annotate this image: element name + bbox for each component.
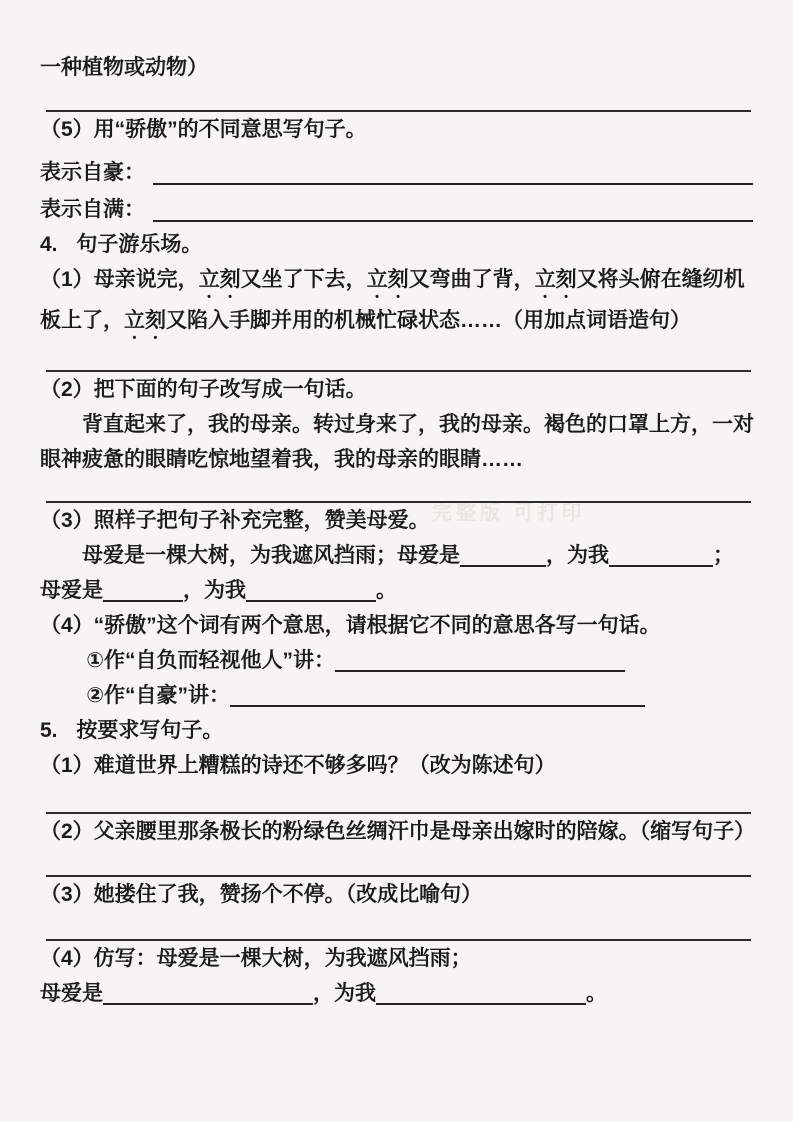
- question-5-heading: 5.按要求写句子。: [40, 713, 755, 748]
- answer-blank: [609, 553, 713, 567]
- question-5-2: （2）父亲腰里那条极长的粉绿色丝绸汗巾是母亲出嫁时的陪嫁。（缩写句子）: [40, 814, 755, 849]
- emphasized-word: 立刻: [367, 268, 409, 291]
- answer-line: [153, 220, 753, 222]
- q4-3-seg: ；: [713, 544, 734, 567]
- q4-3-seg: 母爱是: [40, 579, 103, 602]
- answer-blank: [103, 588, 183, 602]
- question-4-heading: 4.句子游乐场。: [40, 227, 755, 262]
- question-4-3-title: （3）照样子把句子补充完整，赞美母爱。: [40, 503, 755, 538]
- answer-blank: [230, 693, 645, 707]
- q4-1-seg: 又坐了下去，: [241, 268, 367, 291]
- carryover-text: 一种植物或动物）: [40, 50, 755, 85]
- question-5-title: 按要求写句子。: [76, 719, 223, 742]
- question-5-1: （1）难道世界上糟糕的诗还不够多吗？（改为陈述句）: [40, 748, 755, 783]
- q4-1-seg: 又陷入手脚并用的机械忙碌状态……（用加点词语造句）: [166, 309, 691, 332]
- question-4-1: （1）母亲说完，立刻又坐了下去，立刻又弯曲了背，立刻又将头俯在缝纫机板上了，立刻…: [40, 262, 755, 344]
- question-4-number: 4.: [40, 227, 58, 262]
- q4-1-seg: 又弯曲了背，: [409, 268, 535, 291]
- q5-4-seg: 母爱是: [40, 982, 103, 1005]
- answer-label-pride: 表示自豪：: [40, 155, 145, 190]
- question-4-4-title: （4）“骄傲”这个词有两个意思，请根据它不同的意思各写一句话。: [40, 608, 755, 643]
- question-5-4-title: （4）仿写：母爱是一棵大树，为我遮风挡雨；: [40, 941, 755, 976]
- answer-blank: [335, 658, 625, 672]
- question-4-4-sub1: ①作“自负而轻视他人”讲：: [40, 643, 755, 678]
- worksheet-page: 完整版 可打印 一种植物或动物） （5）用“骄傲”的不同意思写句子。 表示自豪：…: [0, 0, 793, 1122]
- answer-blank: [246, 588, 376, 602]
- question-5-number: 5.: [40, 713, 58, 748]
- emphasized-word: 立刻: [199, 268, 241, 291]
- answer-blank: [103, 991, 313, 1005]
- q4-3-seg: ，为我: [546, 544, 609, 567]
- answer-blank: [460, 553, 546, 567]
- question-4-2-body: 背直起来了，我的母亲。转过身来了，我的母亲。褐色的口罩上方，一对眼神疲惫的眼睛吃…: [40, 407, 755, 477]
- q4-3-seg: 母爱是一棵大树，为我遮风挡雨；母爱是: [82, 544, 460, 567]
- question-4-2-title: （2）把下面的句子改写成一句话。: [40, 372, 755, 407]
- q5-4-seg: ，为我: [313, 982, 376, 1005]
- q4-3-seg: 。: [376, 579, 397, 602]
- answer-blank: [376, 991, 586, 1005]
- question-4-title: 句子游乐场。: [76, 233, 202, 256]
- q5-4-seg: 。: [586, 982, 607, 1005]
- answer-row-pride: 表示自豪：: [40, 155, 755, 190]
- answer-line: [153, 183, 753, 185]
- answer-label-conceit: 表示自满：: [40, 192, 145, 227]
- question-3-5-title: （5）用“骄傲”的不同意思写句子。: [40, 112, 755, 147]
- emphasized-word: 立刻: [535, 268, 577, 291]
- emphasized-word: 立刻: [124, 309, 166, 332]
- answer-row-conceit: 表示自满：: [40, 192, 755, 227]
- question-4-4-sub2: ②作“自豪”讲：: [40, 678, 755, 713]
- q4-3-seg: ，为我: [183, 579, 246, 602]
- question-4-3-body: 母爱是一棵大树，为我遮风挡雨；母爱是，为我；母爱是，为我。: [40, 538, 755, 608]
- q4-4-sub2-label: ②作“自豪”讲：: [86, 684, 230, 707]
- question-5-3: （3）她搂住了我，赞扬个不停。（改成比喻句）: [40, 877, 755, 912]
- q4-1-lead: （1）母亲说完，: [40, 268, 199, 291]
- question-5-4-body: 母爱是，为我。: [40, 976, 755, 1011]
- q4-4-sub1-label: ①作“自负而轻视他人”讲：: [86, 649, 335, 672]
